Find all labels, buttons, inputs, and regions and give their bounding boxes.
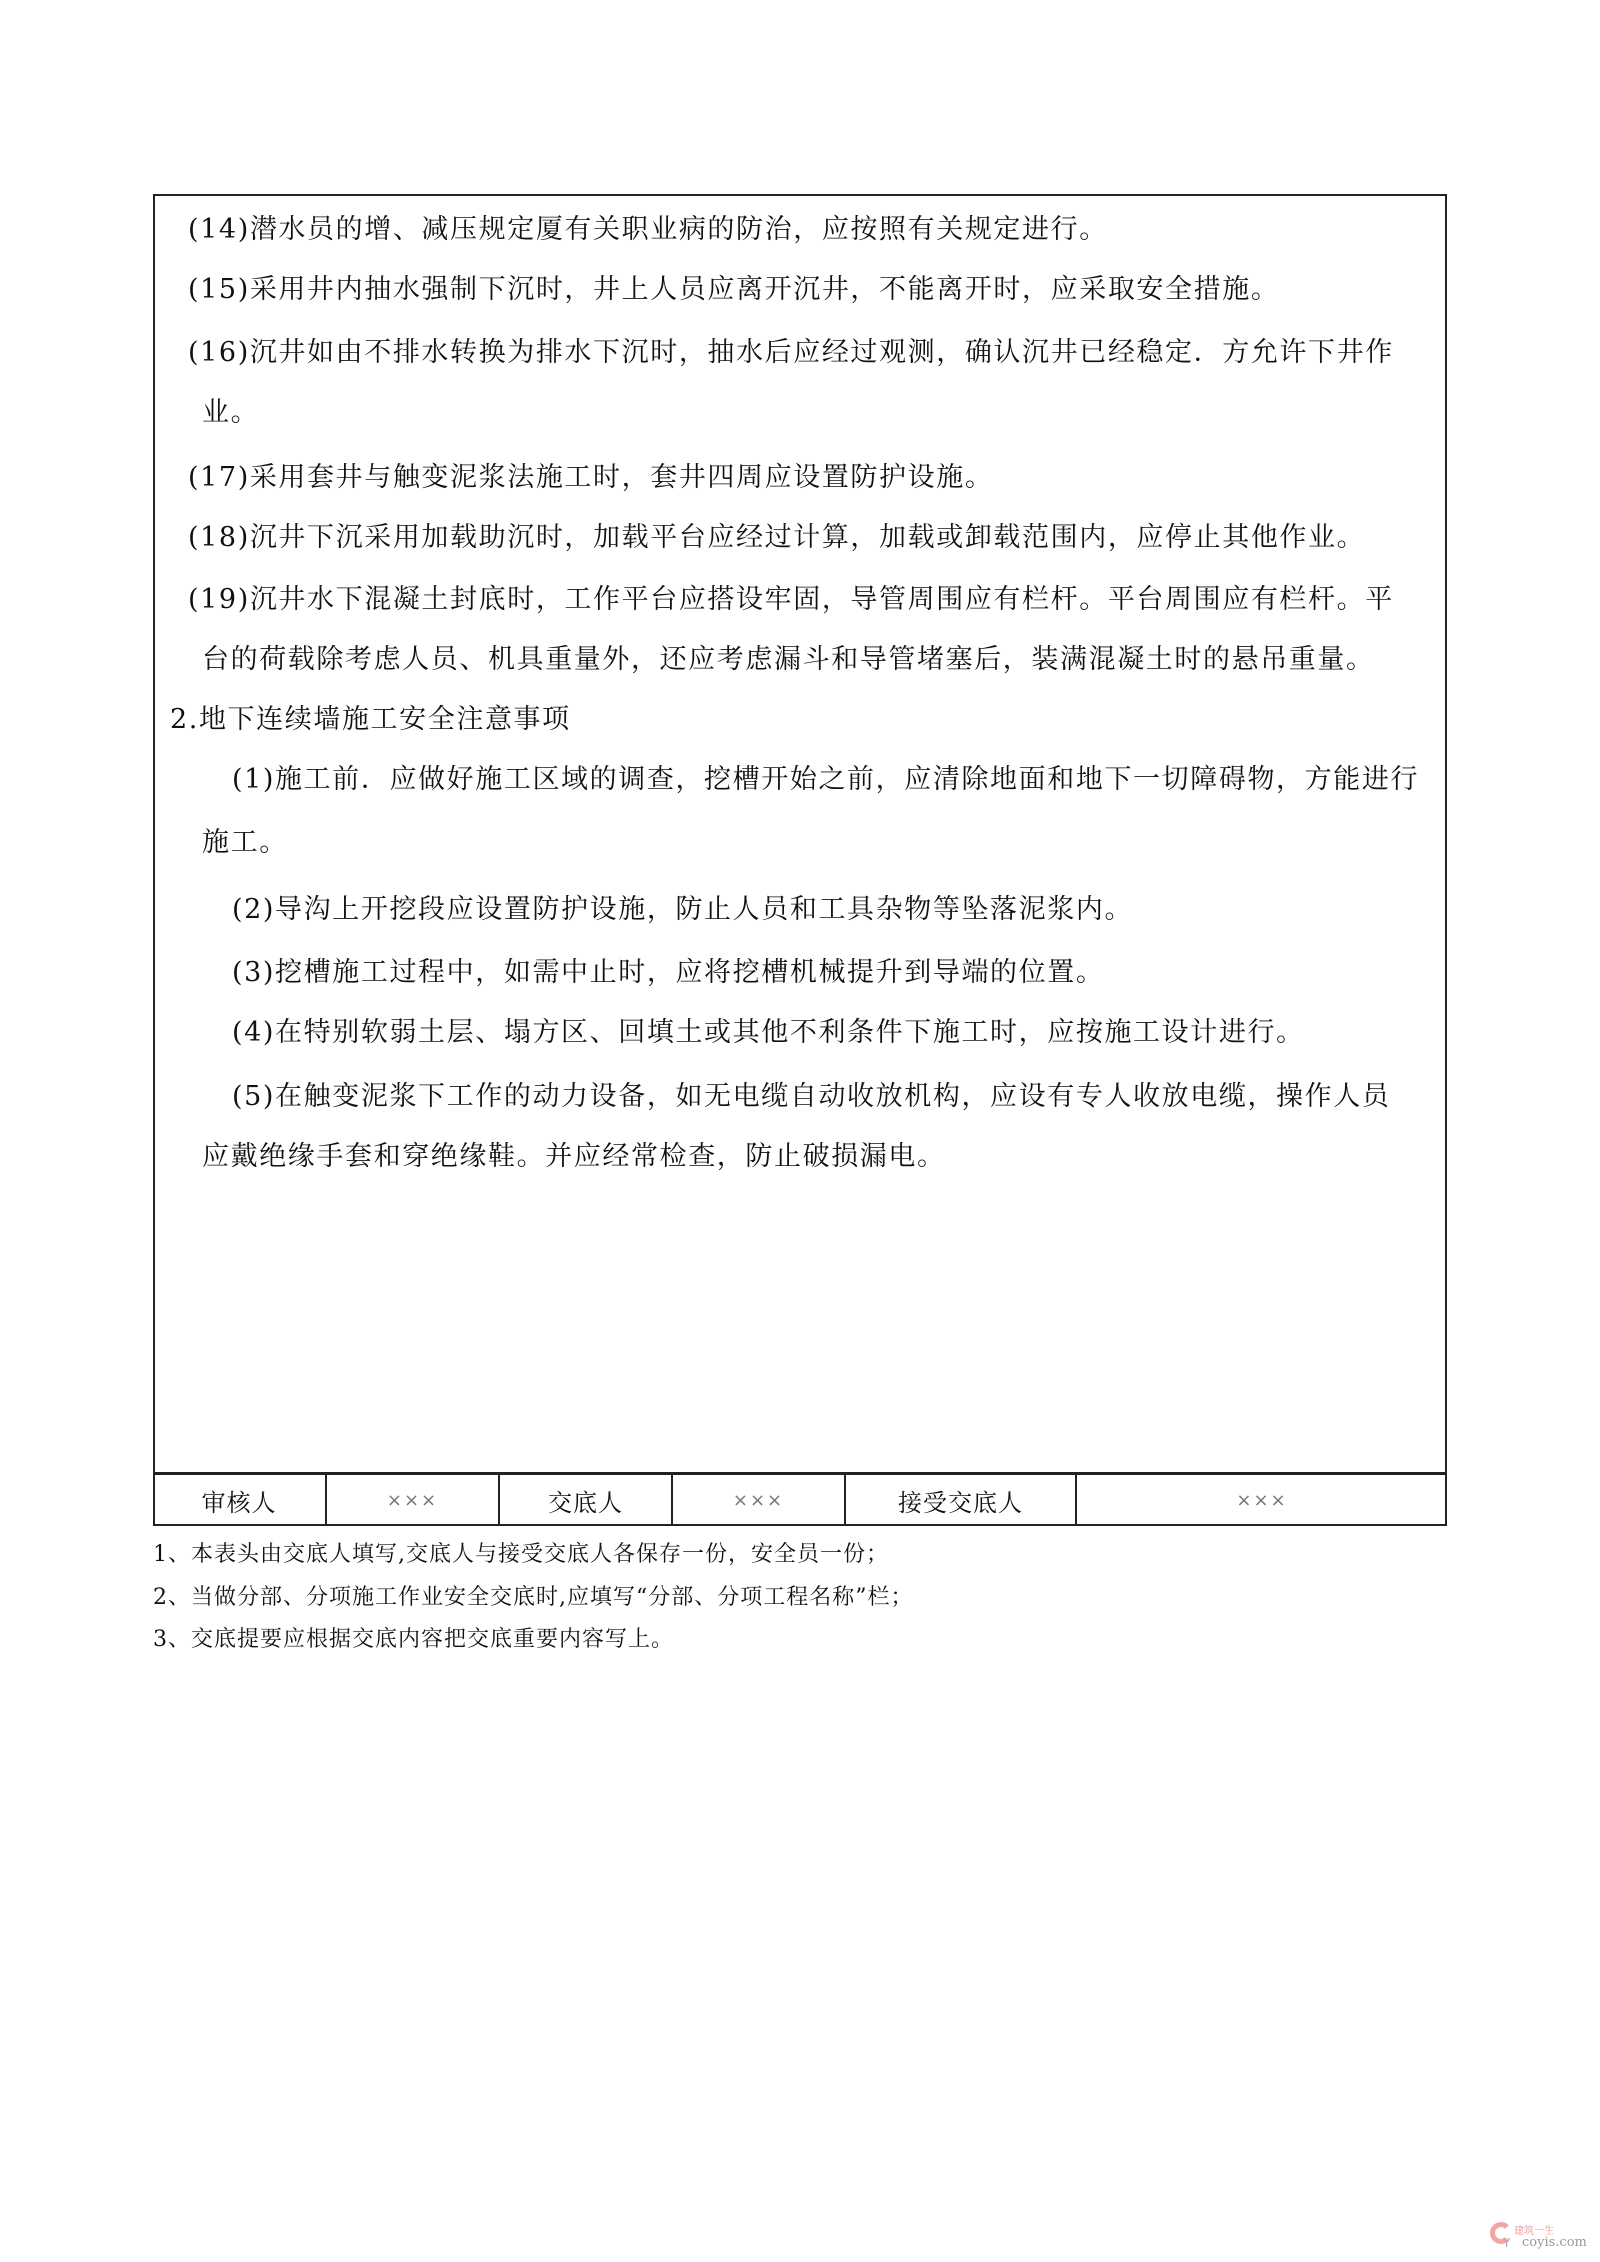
recipient-label: 接受交底人	[846, 1474, 1077, 1526]
item-18: (18)沉井下沉采用加载助沉时，加载平台应经过计算，加载或卸载范围内，应停止其他…	[188, 521, 1365, 555]
sub-item-5-cont: 应戴绝缘手套和穿绝缘鞋。并应经常检查，防止破损漏电。	[202, 1140, 946, 1174]
sub-item-4: (4)在特别软弱土层、塌方区、回填土或其他不利条件下施工时，应按施工设计进行。	[232, 1016, 1305, 1050]
item-15: (15)采用井内抽水强制下沉时，井上人员应离开沉井，不能离开时，应采取安全措施。	[188, 273, 1279, 307]
reviewer-value: ×××	[327, 1474, 500, 1526]
footnote-3: 3、交底提要应根据交底内容把交底重要内容写上。	[153, 1626, 674, 1654]
item-19-cont: 台的荷载除考虑人员、机具重量外，还应考虑漏斗和导管堵塞后，装满混凝土时的悬吊重量…	[202, 643, 1375, 677]
briefer-value: ×××	[673, 1474, 846, 1526]
recipient-value: ×××	[1077, 1474, 1447, 1526]
watermark: Y 建筑一生 coyis.com	[1490, 2222, 1600, 2258]
item-17: (17)采用套井与触变泥浆法施工时，套井四周应设置防护设施。	[188, 461, 993, 495]
sub-item-1: (1)施工前．应做好施工区域的调查，挖槽开始之前，应清除地面和地下一切障碍物，方…	[232, 763, 1419, 797]
sub-item-2: (2)导沟上开挖段应设置防护设施，防止人员和工具杂物等坠落泥浆内。	[232, 893, 1133, 927]
sub-item-5: (5)在触变泥浆下工作的动力设备，如无电缆自动收放机构，应设有专人收放电缆，操作…	[232, 1080, 1390, 1114]
footnote-2: 2、当做分部、分项施工作业安全交底时,应填写“分部、分项工程名称”栏；	[153, 1584, 914, 1612]
briefer-label: 交底人	[500, 1474, 673, 1526]
item-16: (16)沉井如由不排水转换为排水下沉时，抽水后应经过观测，确认沉井已经稳定．方允…	[188, 336, 1394, 370]
content-table-border	[153, 194, 1447, 1526]
watermark-en-text: coyis.com	[1522, 2235, 1587, 2250]
reviewer-label: 审核人	[153, 1474, 327, 1526]
footnote-1: 1、本表头由交底人填写,交底人与接受交底人各保存一份，安全员一份；	[153, 1541, 889, 1569]
sub-item-3: (3)挖槽施工过程中，如需中止时，应将挖槽机械提升到导端的位置。	[232, 956, 1104, 990]
watermark-logo-glyph: Y	[1503, 2236, 1510, 2250]
item-16-cont: 业。	[202, 396, 259, 430]
section-heading: 2.地下连续墙施工安全注意事项	[170, 703, 571, 737]
signature-row: 审核人 ××× 交底人 ××× 接受交底人 ×××	[153, 1474, 1447, 1526]
item-14: (14)潜水员的增、减压规定厦有关职业病的防治，应按照有关规定进行。	[188, 213, 1108, 247]
sub-item-1-cont: 施工。	[202, 826, 288, 860]
item-19: (19)沉井水下混凝土封底时，工作平台应搭设牢固，导管周围应有栏杆。平台周围应有…	[188, 583, 1394, 617]
